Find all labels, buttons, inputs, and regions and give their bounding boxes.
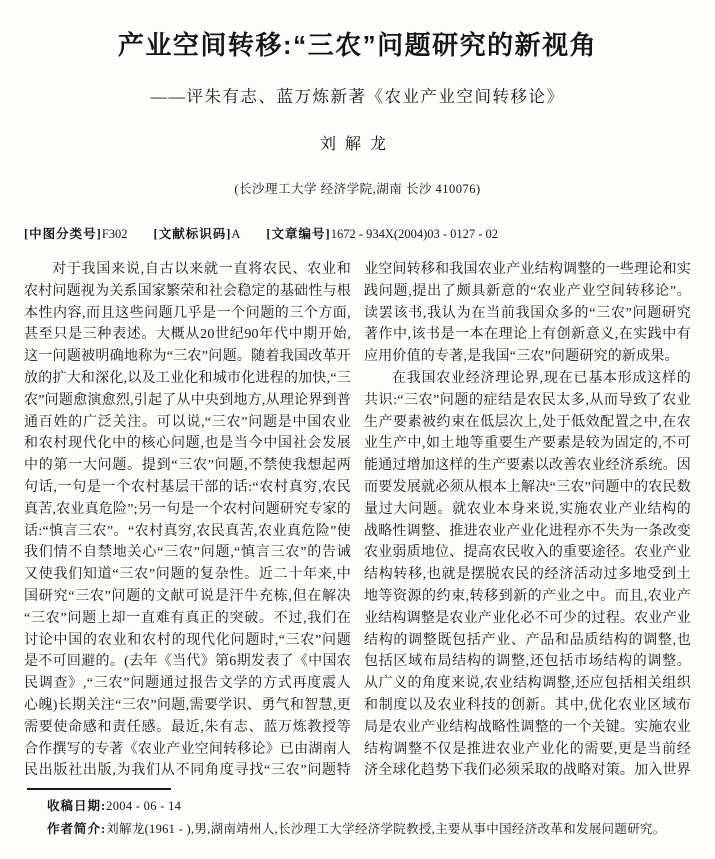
meta-document-code: [文献标识码]A: [154, 227, 241, 241]
author-bio-value: 刘解龙(1961 - ),男,湖南靖州人,长沙理工大学经济学院教授,主要从事中国…: [106, 822, 665, 836]
article-subtitle: ——评朱有志、蓝万炼新著《农业产业空间转移论》: [24, 86, 691, 108]
meta-article-id-value: 1672 - 934X(2004)03 - 0127 - 02: [331, 227, 498, 241]
meta-document-code-value: A: [231, 227, 240, 241]
received-date-label: 收稿日期:: [47, 799, 106, 813]
author-affiliation: (长沙理工大学 经济学院,湖南 长沙 410076): [24, 180, 691, 198]
meta-document-code-label: [文献标识码]: [154, 227, 232, 241]
meta-clc-number: [中图分类号]F302: [24, 227, 128, 241]
meta-clc-value: F302: [102, 227, 128, 241]
meta-article-id: [文章编号]1672 - 934X(2004)03 - 0127 - 02: [266, 227, 498, 241]
paragraph-1-right-part: 业空间转移和我国农业产业结构调整的一些理论和实践问题,提出了颇具新意的“农业产业…: [364, 259, 691, 368]
journal-article-page: 产业空间转移:“三农”问题研究的新视角 ——评朱有志、蓝万炼新著《农业产业空间转…: [0, 0, 715, 859]
right-column: 业空间转移和我国农业产业结构调整的一些理论和实践问题,提出了颇具新意的“农业产业…: [364, 259, 691, 783]
footnote-divider: [27, 788, 171, 790]
author-bio-label: 作者简介:: [47, 822, 106, 836]
body-columns: 对于我国来说,自古以来就一直将农民、农业和农村问题视为关系国家繁荣和社会稳定的基…: [24, 259, 691, 783]
article-title: 产业空间转移:“三农”问题研究的新视角: [24, 28, 691, 62]
meta-clc-label: [中图分类号]: [24, 227, 102, 241]
author-name: 刘解龙: [24, 134, 691, 156]
article-meta-line: [中图分类号]F302[文献标识码]A[文章编号]1672 - 934X(200…: [24, 225, 691, 243]
received-date-value: 2004 - 06 - 14: [106, 799, 181, 813]
footnote-area: 收稿日期:2004 - 06 - 14 作者简介:刘解龙(1961 - ),男,…: [24, 788, 691, 839]
received-date-line: 收稿日期:2004 - 06 - 14: [24, 797, 691, 816]
author-bio-line: 作者简介:刘解龙(1961 - ),男,湖南靖州人,长沙理工大学经济学院教授,主…: [24, 820, 691, 839]
meta-article-id-label: [文章编号]: [266, 227, 330, 241]
left-column: 对于我国来说,自古以来就一直将农民、农业和农村问题视为关系国家繁荣和社会稳定的基…: [24, 259, 351, 783]
paragraph-2: 在我国农业经济理论界,现在已基本形成这样的共识:“三农”问题的症结是农民太多,从…: [364, 368, 691, 783]
paragraph-1-left-part: 对于我国来说,自古以来就一直将农民、农业和农村问题视为关系国家繁荣和社会稳定的基…: [24, 259, 351, 783]
